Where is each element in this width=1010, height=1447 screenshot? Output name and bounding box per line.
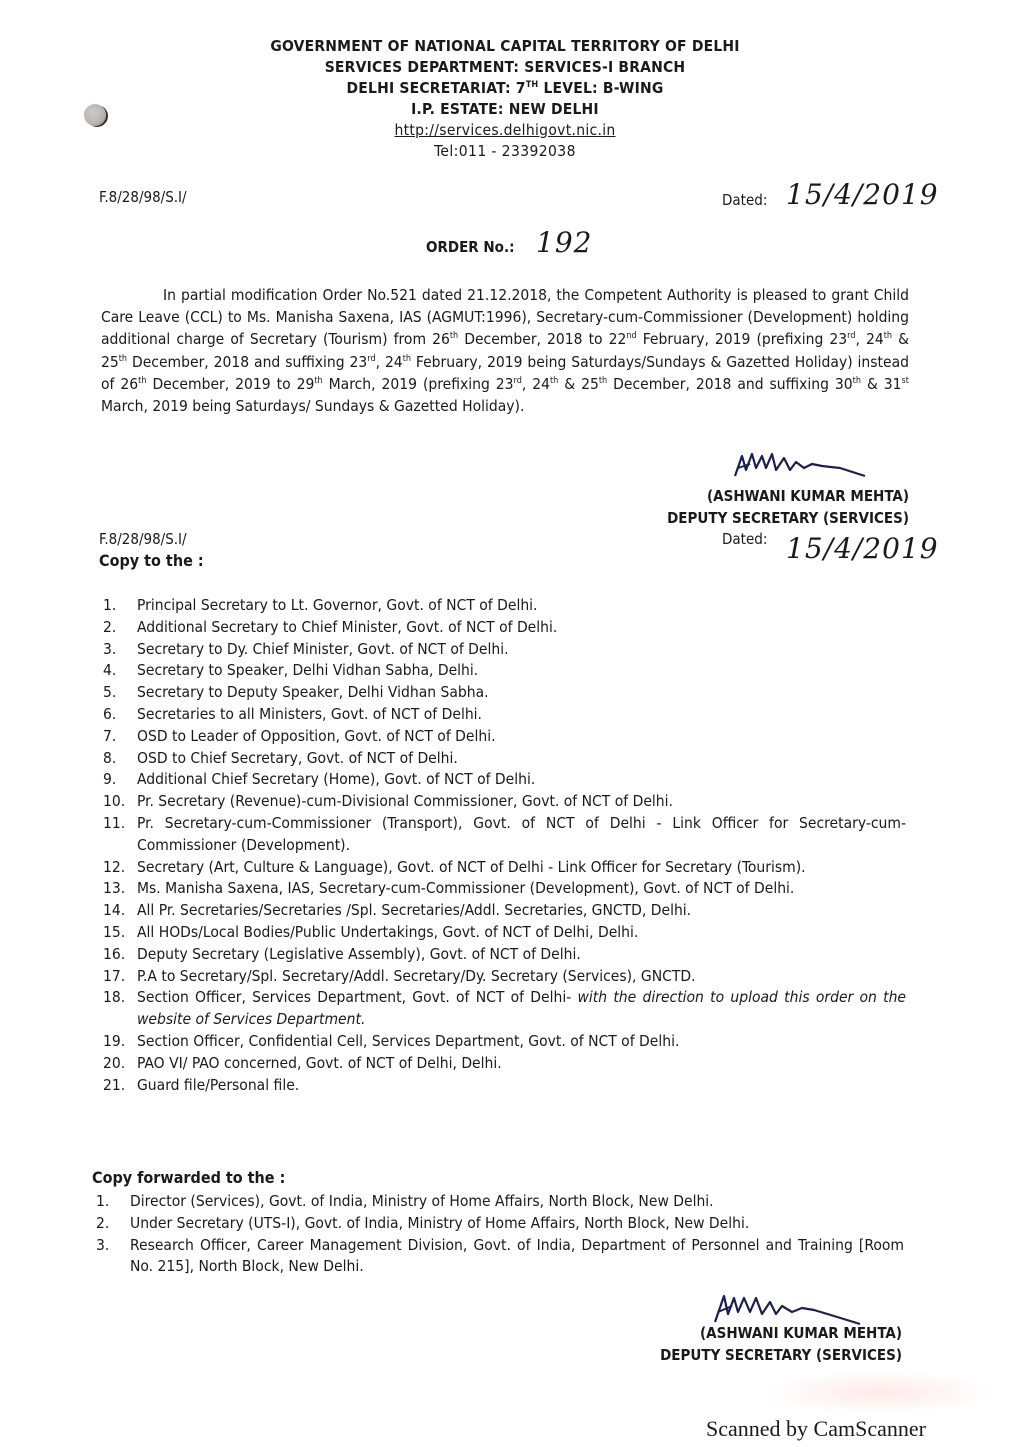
copy-to-item: 18.Section Officer, Services Department,… — [103, 987, 906, 1031]
paper-stain — [760, 1370, 1000, 1415]
copy-to-item: 7.OSD to Leader of Opposition, Govt. of … — [103, 726, 906, 748]
letterhead: GOVERNMENT OF NATIONAL CAPITAL TERRITORY… — [200, 36, 810, 162]
list-number: 2. — [103, 617, 116, 639]
signature-icon — [730, 446, 880, 486]
order-body-paragraph: In partial modification Order No.521 dat… — [101, 284, 909, 417]
signatory-designation: DEPUTY SECRETARY (SERVICES) — [667, 507, 909, 529]
list-number: 18. — [103, 987, 125, 1009]
list-number: 11. — [103, 813, 125, 835]
letterhead-government: GOVERNMENT OF NATIONAL CAPITAL TERRITORY… — [200, 36, 810, 57]
copy-forwarded-item: 1.Director (Services), Govt. of India, M… — [96, 1191, 904, 1213]
list-number: 15. — [103, 922, 125, 944]
letterhead-address-1: DELHI SECRETARIAT: 7TH LEVEL: B-WING — [200, 78, 810, 99]
scanned-document-page: GOVERNMENT OF NATIONAL CAPITAL TERRITORY… — [0, 0, 1010, 1447]
punch-hole-mark — [84, 104, 106, 126]
list-number: 10. — [103, 791, 125, 813]
copy-to-item: 3.Secretary to Dy. Chief Minister, Govt.… — [103, 639, 906, 661]
copy-to-item: 21.Guard file/Personal file. — [103, 1075, 906, 1097]
letterhead-address-2: I.P. ESTATE: NEW DELHI — [200, 99, 810, 120]
signatory-block-1: (ASHWANI KUMAR MEHTA) DEPUTY SECRETARY (… — [667, 485, 909, 529]
list-number: 4. — [103, 660, 116, 682]
signatory-designation-2: DEPUTY SECRETARY (SERVICES) — [660, 1344, 902, 1366]
order-number-label: ORDER No.: — [426, 238, 514, 256]
list-number: 3. — [96, 1235, 109, 1257]
signatory-name-2: (ASHWANI KUMAR MEHTA) — [660, 1322, 902, 1344]
copy-to-item: 15.All HODs/Local Bodies/Public Undertak… — [103, 922, 906, 944]
list-number: 7. — [103, 726, 116, 748]
list-number: 19. — [103, 1031, 125, 1053]
list-number: 2. — [96, 1213, 109, 1235]
list-number: 13. — [103, 878, 125, 900]
copy-to-item: 10.Pr. Secretary (Revenue)-cum-Divisiona… — [103, 791, 906, 813]
copy-to-item: 6.Secretaries to all Ministers, Govt. of… — [103, 704, 906, 726]
copy-to-item: 11.Pr. Secretary-cum-Commissioner (Trans… — [103, 813, 906, 857]
copy-to-item: 16.Deputy Secretary (Legislative Assembl… — [103, 944, 906, 966]
list-number: 5. — [103, 682, 116, 704]
copy-forwarded-list: 1.Director (Services), Govt. of India, M… — [96, 1191, 904, 1278]
list-number: 3. — [103, 639, 116, 661]
list-number: 17. — [103, 966, 125, 988]
camscanner-watermark: Scanned by CamScanner — [706, 1416, 926, 1442]
copy-to-item: 14.All Pr. Secretaries/Secretaries /Spl.… — [103, 900, 906, 922]
copy-forwarded-item: 2.Under Secretary (UTS-I), Govt. of Indi… — [96, 1213, 904, 1235]
copy-to-item: 8.OSD to Chief Secretary, Govt. of NCT o… — [103, 748, 906, 770]
list-number: 20. — [103, 1053, 125, 1075]
dated-label: Dated: — [722, 191, 767, 209]
signatory-name: (ASHWANI KUMAR MEHTA) — [667, 485, 909, 507]
copy-forwarded-heading: Copy forwarded to the : — [92, 1168, 285, 1187]
handwritten-order-number: 192 — [536, 226, 592, 259]
website-link[interactable]: http://services.delhigovt.nic.in — [200, 120, 810, 141]
list-number: 9. — [103, 769, 116, 791]
copy-to-item: 17.P.A to Secretary/Spl. Secretary/Addl.… — [103, 966, 906, 988]
list-number: 14. — [103, 900, 125, 922]
file-reference: F.8/28/98/S.I/ — [99, 188, 187, 206]
copy-to-item: 2.Additional Secretary to Chief Minister… — [103, 617, 906, 639]
copy-file-reference: F.8/28/98/S.I/ — [99, 530, 187, 548]
copy-forwarded-item: 3.Research Officer, Career Management Di… — [96, 1235, 904, 1279]
copy-to-item: 20.PAO VI/ PAO concerned, Govt. of NCT o… — [103, 1053, 906, 1075]
list-number: 1. — [103, 595, 116, 617]
copy-to-item: 13.Ms. Manisha Saxena, IAS, Secretary-cu… — [103, 878, 906, 900]
copy-to-item: 1.Principal Secretary to Lt. Governor, G… — [103, 595, 906, 617]
copy-to-item: 9.Additional Chief Secretary (Home), Gov… — [103, 769, 906, 791]
list-number: 21. — [103, 1075, 125, 1097]
copy-to-item: 19.Section Officer, Confidential Cell, S… — [103, 1031, 906, 1053]
list-number: 6. — [103, 704, 116, 726]
copy-to-item: 4.Secretary to Speaker, Delhi Vidhan Sab… — [103, 660, 906, 682]
list-number: 1. — [96, 1191, 109, 1213]
copy-handwritten-date: 15/4/2019 — [786, 532, 939, 565]
copy-to-item: 12.Secretary (Art, Culture & Language), … — [103, 857, 906, 879]
handwritten-date: 15/4/2019 — [786, 178, 939, 211]
copy-to-heading: Copy to the : — [99, 551, 204, 570]
signatory-block-2: (ASHWANI KUMAR MEHTA) DEPUTY SECRETARY (… — [660, 1322, 902, 1366]
list-number: 8. — [103, 748, 116, 770]
letterhead-department: SERVICES DEPARTMENT: SERVICES-I BRANCH — [200, 57, 810, 78]
copy-to-item: 5.Secretary to Deputy Speaker, Delhi Vid… — [103, 682, 906, 704]
copy-to-list: 1.Principal Secretary to Lt. Governor, G… — [103, 595, 906, 1096]
telephone: Tel:011 - 23392038 — [200, 141, 810, 162]
list-number: 12. — [103, 857, 125, 879]
list-number: 16. — [103, 944, 125, 966]
italic-instruction: with the direction to upload this order … — [137, 988, 906, 1028]
copy-dated-label: Dated: — [722, 530, 767, 548]
